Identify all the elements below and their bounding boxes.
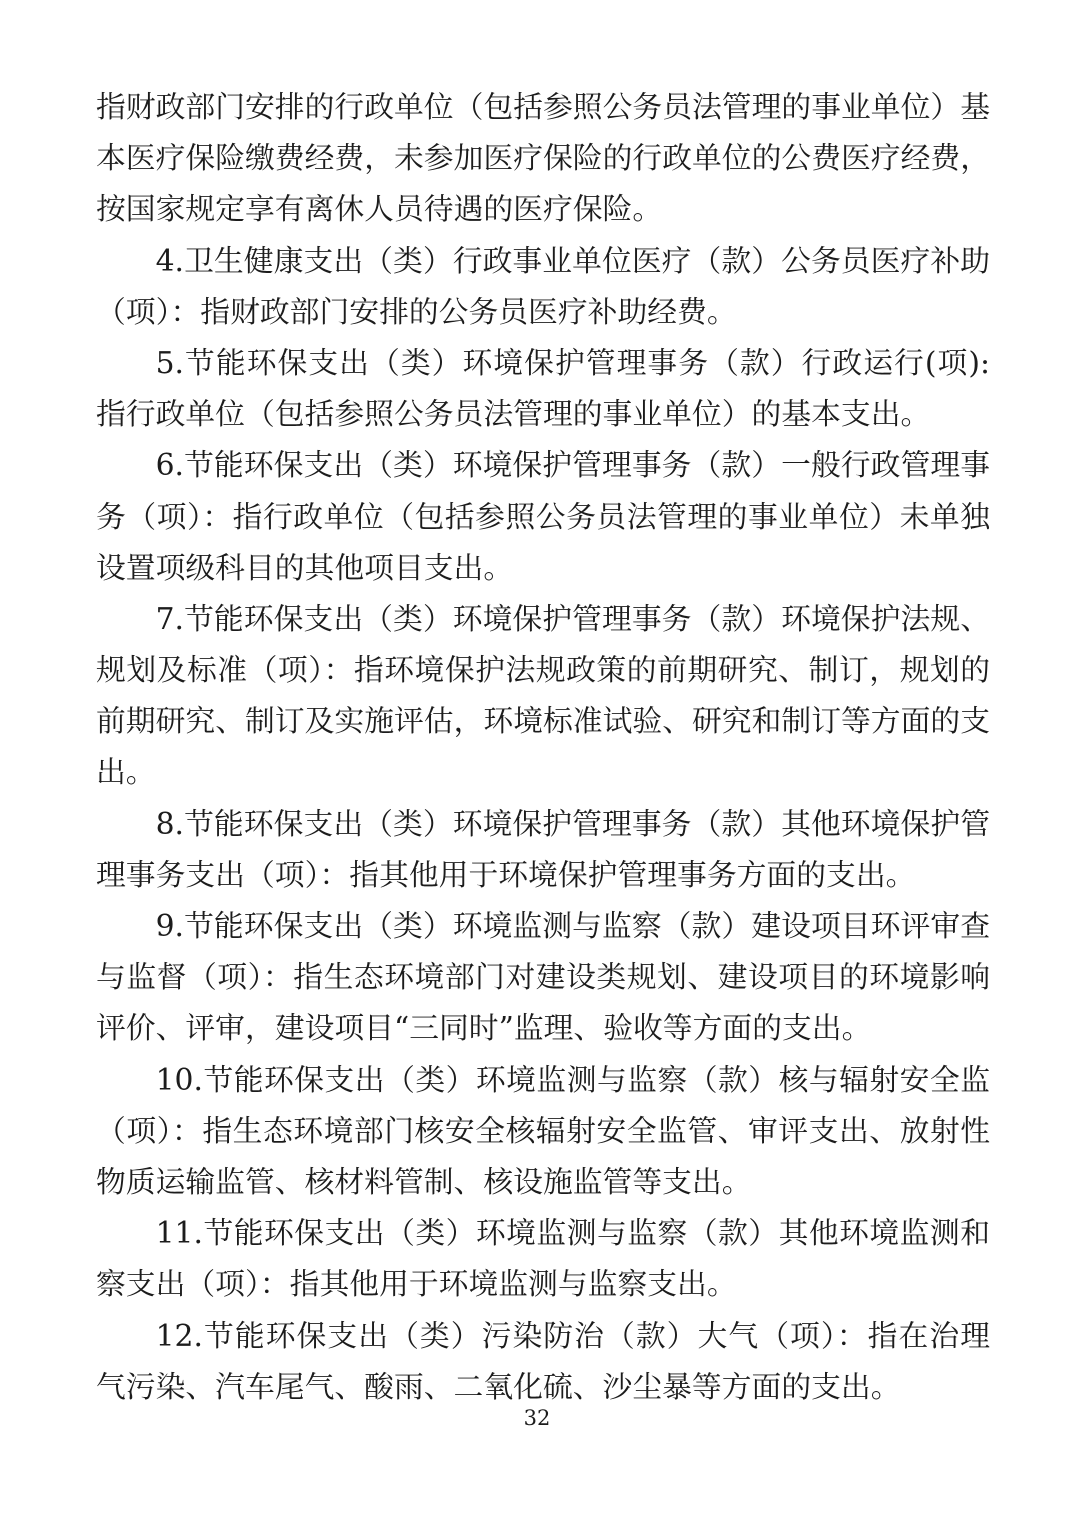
text-line-p8-l1: 察支出（项）：指其他用于环境监测与监察支出。 — [96, 1259, 990, 1310]
text-line-p0-l1: 本医疗保险缴费经费，未参加医疗保险的行政单位的公费医疗经费， — [96, 133, 990, 184]
text-line-p5-l1: 理事务支出（项）：指其他用于环境保护管理事务方面的支出。 — [96, 850, 990, 901]
text-line-p5-l0: 8.节能环保支出（类）环境保护管理事务（款）其他环境保护管 — [96, 799, 990, 850]
text-line-p6-l2: 评价、评审，建设项目“三同时”监理、验收等方面的支出。 — [96, 1003, 990, 1054]
text-line-p2-l1: 指行政单位（包括参照公务员法管理的事业单位）的基本支出。 — [96, 389, 990, 440]
text-line-p6-l1: 与监督（项）：指生态环境部门对建设类规划、建设项目的环境影响 — [96, 952, 990, 1003]
text-line-p7-l0: 10.节能环保支出（类）环境监测与监察（款）核与辐射安全监督 — [96, 1055, 990, 1106]
text-line-p7-l1: （项）：指生态环境部门核安全核辐射安全监管、审评支出、放射性 — [96, 1106, 990, 1157]
text-line-p3-l1: 务（项）：指行政单位（包括参照公务员法管理的事业单位）未单独 — [96, 492, 990, 543]
text-line-p1-l0: 4.卫生健康支出（类）行政事业单位医疗（款）公务员医疗补助 — [96, 236, 990, 287]
text-line-p4-l1: 规划及标准（项）：指环境保护法规政策的前期研究、制订，规划的 — [96, 645, 990, 696]
text-line-p2-l0: 5.节能环保支出（类）环境保护管理事务（款）行政运行(项): — [96, 338, 990, 389]
body-text: 指财政部门安排的行政单位（包括参照公务员法管理的事业单位）基本医疗保险缴费经费，… — [96, 82, 990, 1413]
text-line-p0-l0: 指财政部门安排的行政单位（包括参照公务员法管理的事业单位）基 — [96, 82, 990, 133]
text-line-p4-l3: 出。 — [96, 747, 990, 798]
text-line-p0-l2: 按国家规定享有离休人员待遇的医疗保险。 — [96, 184, 990, 235]
text-line-p3-l2: 设置项级科目的其他项目支出。 — [96, 543, 990, 594]
text-line-p6-l0: 9.节能环保支出（类）环境监测与监察（款）建设项目环评审查 — [96, 901, 990, 952]
text-line-p4-l0: 7.节能环保支出（类）环境保护管理事务（款）环境保护法规、 — [96, 594, 990, 645]
text-line-p1-l1: （项）：指财政部门安排的公务员医疗补助经费。 — [96, 287, 990, 338]
text-line-p3-l0: 6.节能环保支出（类）环境保护管理事务（款）一般行政管理事 — [96, 440, 990, 491]
text-line-p8-l0: 11.节能环保支出（类）环境监测与监察（款）其他环境监测和监 — [96, 1208, 990, 1259]
text-line-p9-l0: 12.节能环保支出（类）污染防治（款）大气（项）：指在治理空 — [96, 1311, 990, 1362]
page-number: 32 — [0, 1404, 1074, 1432]
text-line-p4-l2: 前期研究、制订及实施评估，环境标准试验、研究和制订等方面的支 — [96, 696, 990, 747]
text-line-p7-l2: 物质运输监管、核材料管制、核设施监管等支出。 — [96, 1157, 990, 1208]
document-page: 指财政部门安排的行政单位（包括参照公务员法管理的事业单位）基本医疗保险缴费经费，… — [0, 0, 1074, 1520]
